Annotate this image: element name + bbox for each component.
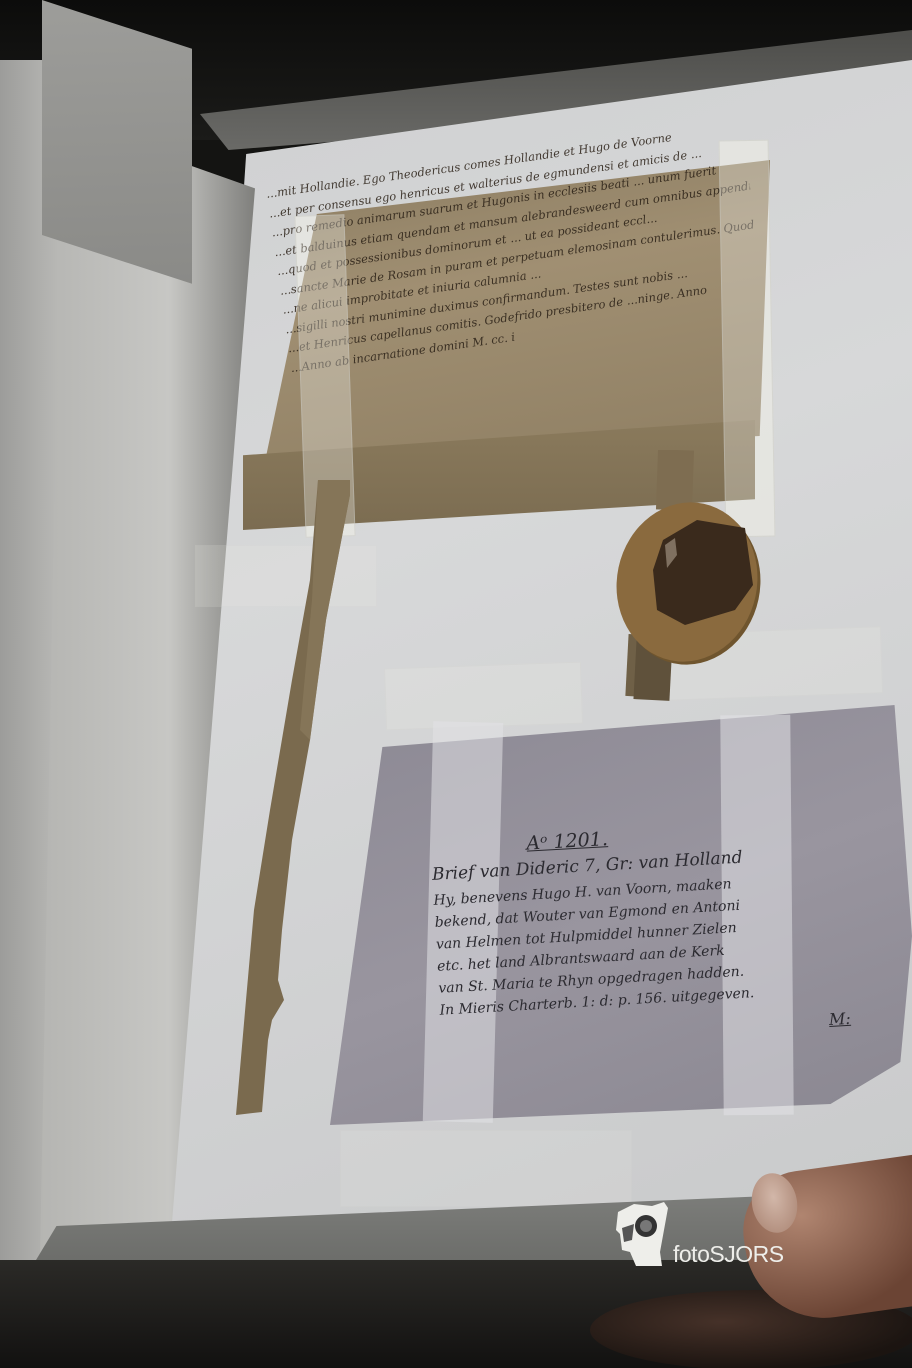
mount-tape (384, 662, 583, 731)
photographer-camera-icon (612, 1200, 670, 1268)
wax-seal (605, 450, 775, 705)
watermark-text: fotoSJORS (673, 1243, 784, 1266)
watermark: fotoSJORS (612, 1200, 784, 1268)
box-flap (42, 0, 192, 284)
envelope-inscription: Aᵒ 1201. Brief van Dideric 7, Gr: van Ho… (430, 813, 881, 1050)
mount-tape (340, 1130, 632, 1207)
parchment-tag-strip (230, 480, 350, 1115)
